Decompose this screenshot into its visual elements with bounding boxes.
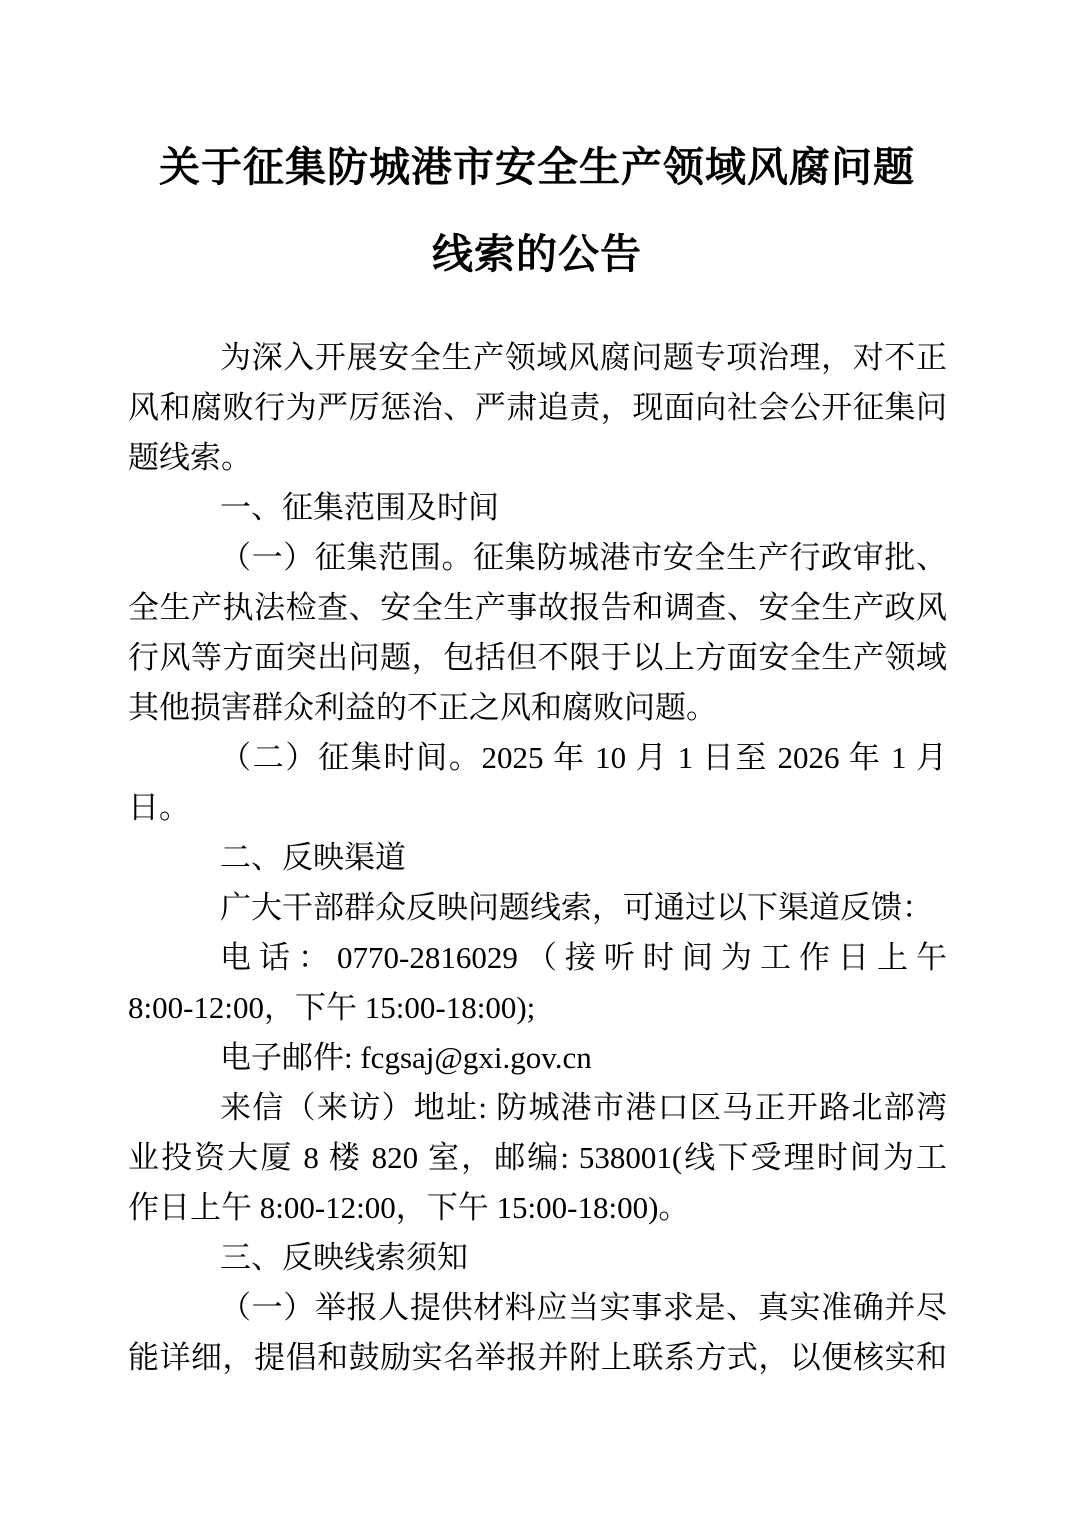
heading-line: 三、反映线索须知 [128,1233,947,1283]
email-line: 电子邮件: fcgsaj@gxi.gov.cn [128,1033,947,1083]
document-page: 关于征集防城港市安全生产领域风腐问题 线索的公告 为深入开展安全生产领域风腐问题… [0,0,1074,1520]
heading-line: 一、征集范围及时间 [128,483,947,533]
body-line: 题线索。 [128,433,947,483]
body-line: 其他损害群众利益的不正之风和腐败问题。 [128,683,947,733]
body-line: （一）举报人提供材料应当实事求是、真实准确并尽可 [128,1283,947,1333]
channels-intro-paragraph: 广大干部群众反映问题线索，可通过以下渠道反馈： [128,883,947,933]
body-line: （二）征集时间。2025 年 10 月 1 日至 2026 年 1 月 31 [128,733,947,783]
collection-time-paragraph: （二）征集时间。2025 年 10 月 1 日至 2026 年 1 月 31 日… [128,733,947,833]
phone-paragraph: 电话：0770-2816029（接听时间为工作日上午 8:00-12:00，下午… [128,933,947,1033]
body-line: 风和腐败行为严厉惩治、严肃追责，现面向社会公开征集问 [128,383,947,433]
phone-line: 电话：0770-2816029（接听时间为工作日上午 [128,933,947,983]
document-body: 为深入开展安全生产领域风腐问题专项治理，对不正之 风和腐败行为严厉惩治、严肃追责… [128,333,947,1383]
body-line: 为深入开展安全生产领域风腐问题专项治理，对不正之 [128,333,947,383]
collection-scope-paragraph: （一）征集范围。征集防城港市安全生产行政审批、安 全生产执法检查、安全生产事故报… [128,533,947,733]
address-line: 业投资大厦 8 楼 820 室，邮编: 538001(线下受理时间为工 [128,1133,947,1183]
body-line: 广大干部群众反映问题线索，可通过以下渠道反馈： [128,883,947,933]
body-line: 全生产执法检查、安全生产事故报告和调查、安全生产政风 [128,583,947,633]
section-heading-1: 一、征集范围及时间 [128,483,947,533]
title-line-2: 线索的公告 [0,211,1074,298]
intro-paragraph: 为深入开展安全生产领域风腐问题专项治理，对不正之 风和腐败行为严厉惩治、严肃追责… [128,333,947,483]
body-line: （一）征集范围。征集防城港市安全生产行政审批、安 [128,533,947,583]
section-heading-2: 二、反映渠道 [128,833,947,883]
address-line: 来信（来访）地址: 防城港市港口区马正开路北部湾创 [128,1083,947,1133]
notice-paragraph: （一）举报人提供材料应当实事求是、真实准确并尽可 能详细，提倡和鼓励实名举报并附… [128,1283,947,1383]
title-line-1: 关于征集防城港市安全生产领域风腐问题 [0,124,1074,211]
body-line: 能详细，提倡和鼓励实名举报并附上联系方式，以便核实和 [128,1333,947,1383]
body-line: 日。 [128,783,947,833]
body-line: 行风等方面突出问题，包括但不限于以上方面安全生产领域 [128,633,947,683]
phone-line: 8:00-12:00，下午 15:00-18:00); [128,983,947,1033]
document-title: 关于征集防城港市安全生产领域风腐问题 线索的公告 [0,124,1074,298]
section-heading-3: 三、反映线索须知 [128,1233,947,1283]
heading-line: 二、反映渠道 [128,833,947,883]
address-paragraph: 来信（来访）地址: 防城港市港口区马正开路北部湾创 业投资大厦 8 楼 820 … [128,1083,947,1233]
email-paragraph: 电子邮件: fcgsaj@gxi.gov.cn [128,1033,947,1083]
address-line: 作日上午 8:00-12:00，下午 15:00-18:00)。 [128,1183,947,1233]
